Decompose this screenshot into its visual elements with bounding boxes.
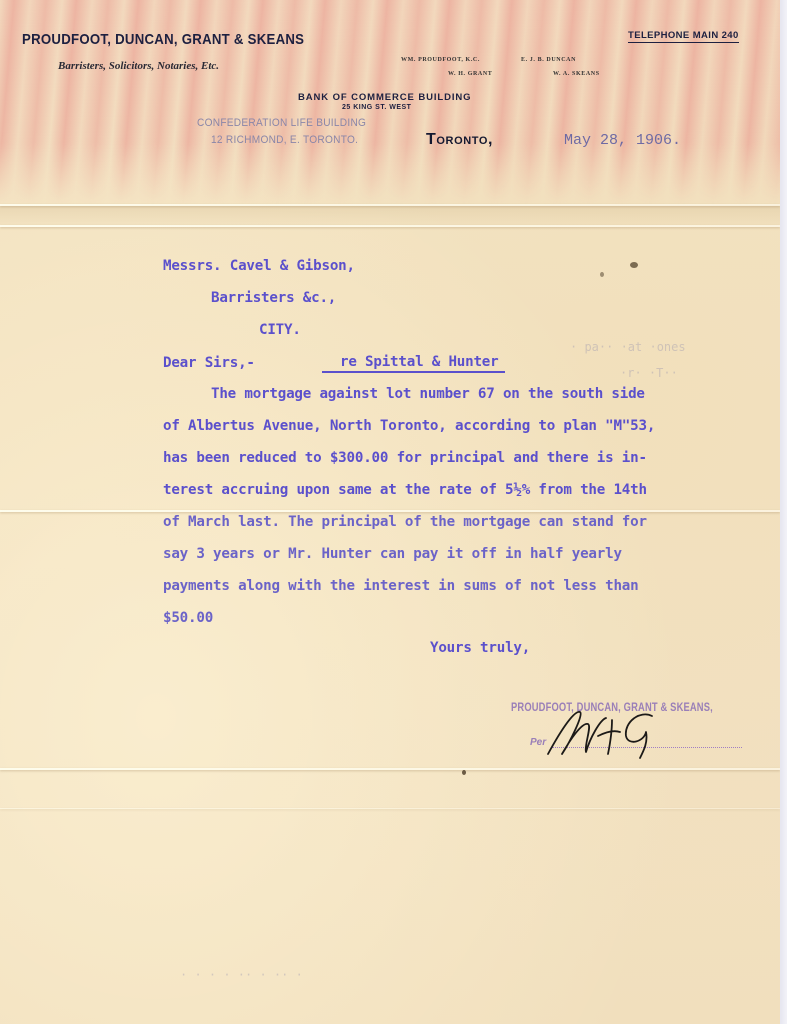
body-line: payments along with the interest in sums… bbox=[163, 578, 638, 594]
show-through-text: · pa·· ·at ·ones bbox=[570, 340, 686, 354]
body-line: has been reduced to $300.00 for principa… bbox=[163, 450, 647, 466]
show-through-text: · · · · ·· · ·· · bbox=[180, 968, 303, 982]
body-line: The mortgage against lot number 67 on th… bbox=[211, 386, 645, 402]
closing: Yours truly, bbox=[430, 640, 530, 656]
body-line: of Albertus Avenue, North Toronto, accor… bbox=[163, 418, 655, 434]
stamped-street: 12 RICHMOND, E. TORONTO. bbox=[211, 134, 358, 146]
recipient-city: CITY. bbox=[259, 322, 301, 338]
printed-street: 25 KING ST. WEST bbox=[342, 104, 411, 111]
city: Toronto, bbox=[426, 131, 493, 149]
show-through-text: ·r· ·T·· bbox=[620, 366, 678, 380]
partner-name: W. H. GRANT bbox=[448, 71, 492, 77]
recipient-name: Messrs. Cavel & Gibson, bbox=[163, 258, 355, 274]
fold-line bbox=[0, 768, 780, 770]
body-line: say 3 years or Mr. Hunter can pay it off… bbox=[163, 546, 622, 562]
fold-band-top bbox=[0, 205, 780, 225]
stamped-building: CONFEDERATION LIFE BUILDING bbox=[197, 117, 366, 129]
handwritten-signature-icon bbox=[540, 702, 670, 762]
ink-spot bbox=[600, 272, 604, 277]
telephone-number: TELEPHONE MAIN 240 bbox=[628, 30, 739, 43]
letter-date: May 28, 1906. bbox=[564, 132, 681, 149]
fold-line bbox=[0, 204, 780, 206]
recipient-title: Barristers &c., bbox=[211, 290, 336, 306]
subject-line: re Spittal & Hunter bbox=[322, 354, 505, 373]
salutation: Dear Sirs,- bbox=[163, 355, 255, 371]
fold-line bbox=[0, 225, 780, 227]
ink-spot bbox=[630, 262, 638, 268]
fold-line bbox=[0, 808, 780, 809]
partner-name: WM. PROUDFOOT, K.C. bbox=[401, 57, 480, 63]
firm-name: PROUDFOOT, DUNCAN, GRANT & SKEANS bbox=[22, 31, 304, 48]
scan-edge bbox=[780, 0, 787, 1024]
body-line: $50.00 bbox=[163, 610, 213, 626]
partner-name: W. A. SKEANS bbox=[553, 71, 600, 77]
printed-building: BANK OF COMMERCE BUILDING bbox=[298, 92, 471, 103]
ink-spot bbox=[462, 770, 466, 775]
partner-name: E. J. B. DUNCAN bbox=[521, 57, 576, 63]
body-line: of March last. The principal of the mort… bbox=[163, 514, 647, 530]
firm-subtitle: Barristers, Solicitors, Notaries, Etc. bbox=[58, 60, 219, 72]
body-line: terest accruing upon same at the rate of… bbox=[163, 482, 647, 498]
letter-paper: PROUDFOOT, DUNCAN, GRANT & SKEANS Barris… bbox=[0, 0, 780, 1024]
fold-line bbox=[0, 510, 780, 512]
